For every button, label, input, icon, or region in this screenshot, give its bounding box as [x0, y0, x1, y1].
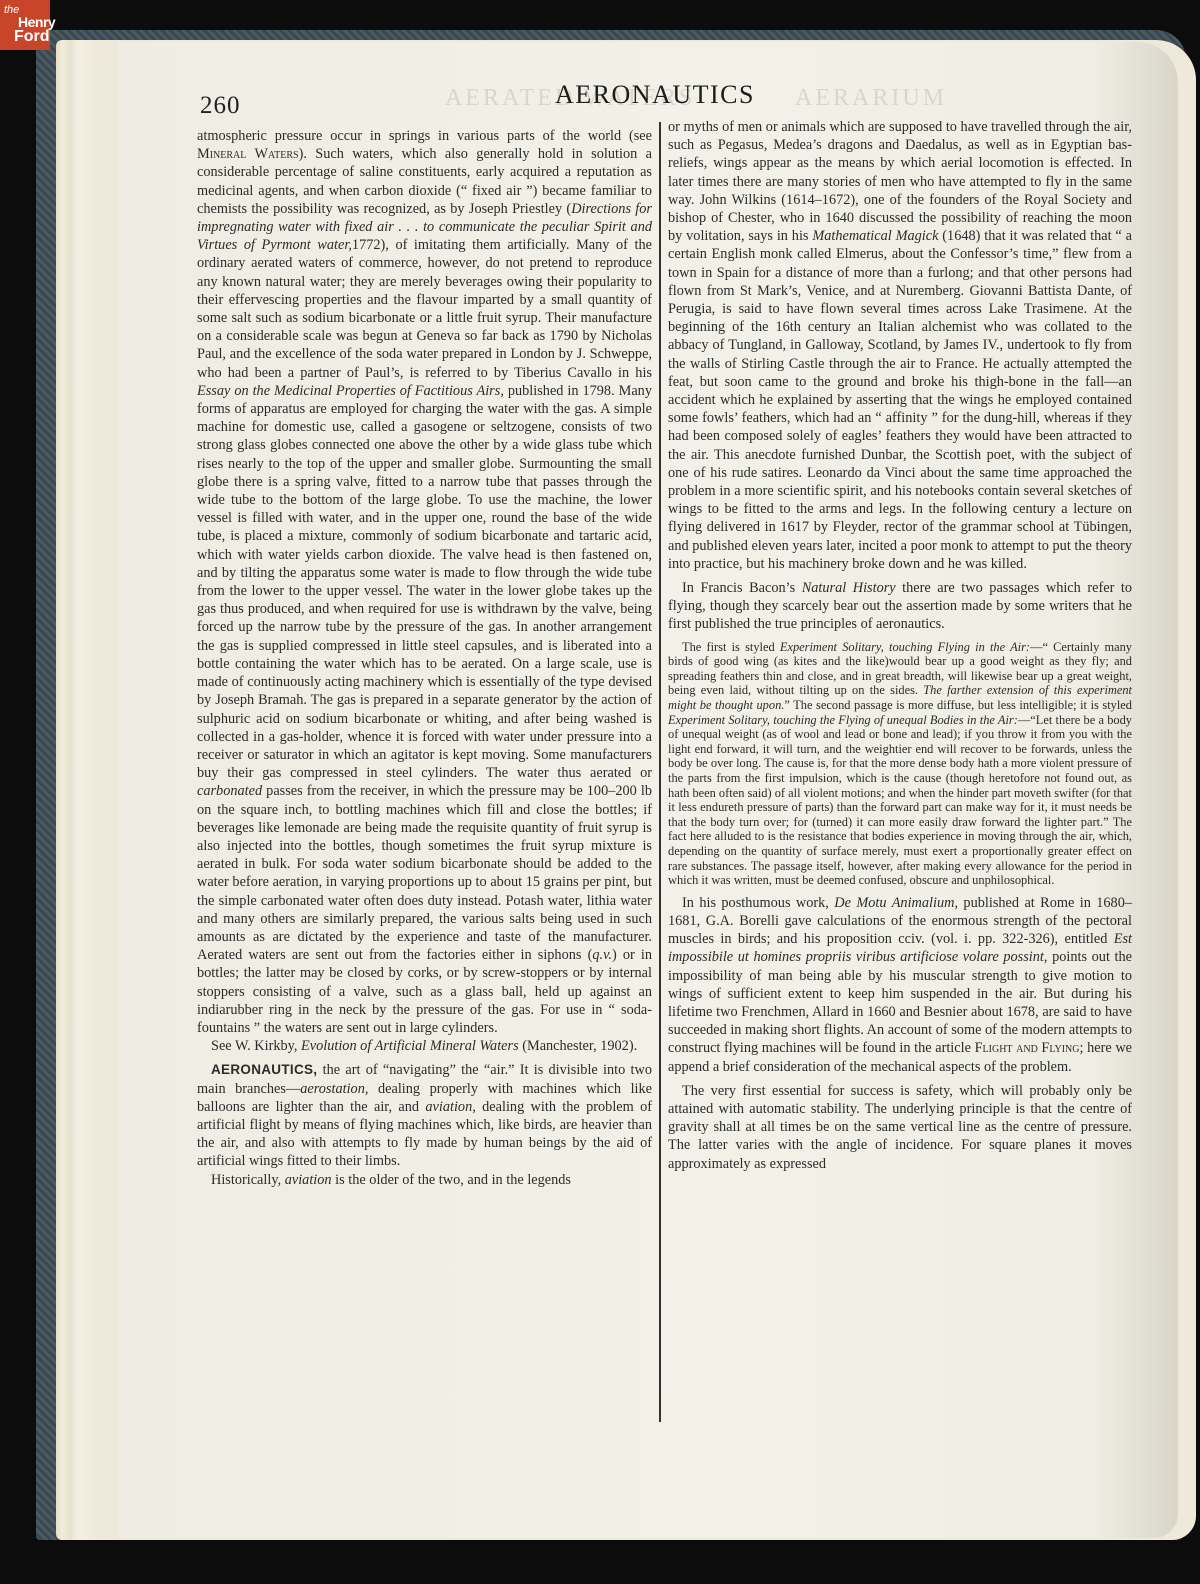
article-headword: AERONAUTICS,: [211, 1062, 317, 1077]
paragraph-history-start: Historically, aviation is the older of t…: [197, 1171, 652, 1189]
paragraph-myths-and-legends: or myths of men or animals which are sup…: [668, 118, 1132, 573]
left-column: atmospheric pressure occur in springs in…: [197, 127, 652, 1189]
cross-reference-mineral-waters[interactable]: Mineral Waters: [197, 146, 299, 162]
henry-ford-watermark-logo: the Henry Ford: [0, 0, 50, 50]
right-column: or myths of men or animals which are sup…: [668, 118, 1132, 1173]
paragraph-stability: The very first essential for success is …: [668, 1082, 1132, 1173]
paragraph-bacon-quotation: The first is styled Experiment Solitary,…: [668, 640, 1132, 888]
column-divider: [659, 122, 661, 1422]
paragraph-bibliography: See W. Kirkby, Evolution of Artificial M…: [197, 1037, 652, 1055]
logo-the: the: [4, 4, 19, 16]
paragraph-borelli: In his posthumous work, De Motu Animaliu…: [668, 894, 1132, 1076]
cross-reference-flight-and-flying[interactable]: Flight and Flying: [975, 1040, 1080, 1056]
paragraph-aeronautics-definition: AERONAUTICS, the art of “navigating” the…: [197, 1061, 652, 1170]
paragraph-bacon: In Francis Bacon’s Natural History there…: [668, 579, 1132, 634]
show-through-text-right: AERARIUM: [795, 85, 947, 112]
paragraph-aerated-waters: atmospheric pressure occur in springs in…: [197, 127, 652, 1037]
page-number: 260: [200, 92, 241, 120]
logo-ford: Ford: [14, 28, 50, 46]
running-head: AERONAUTICS: [555, 80, 755, 110]
